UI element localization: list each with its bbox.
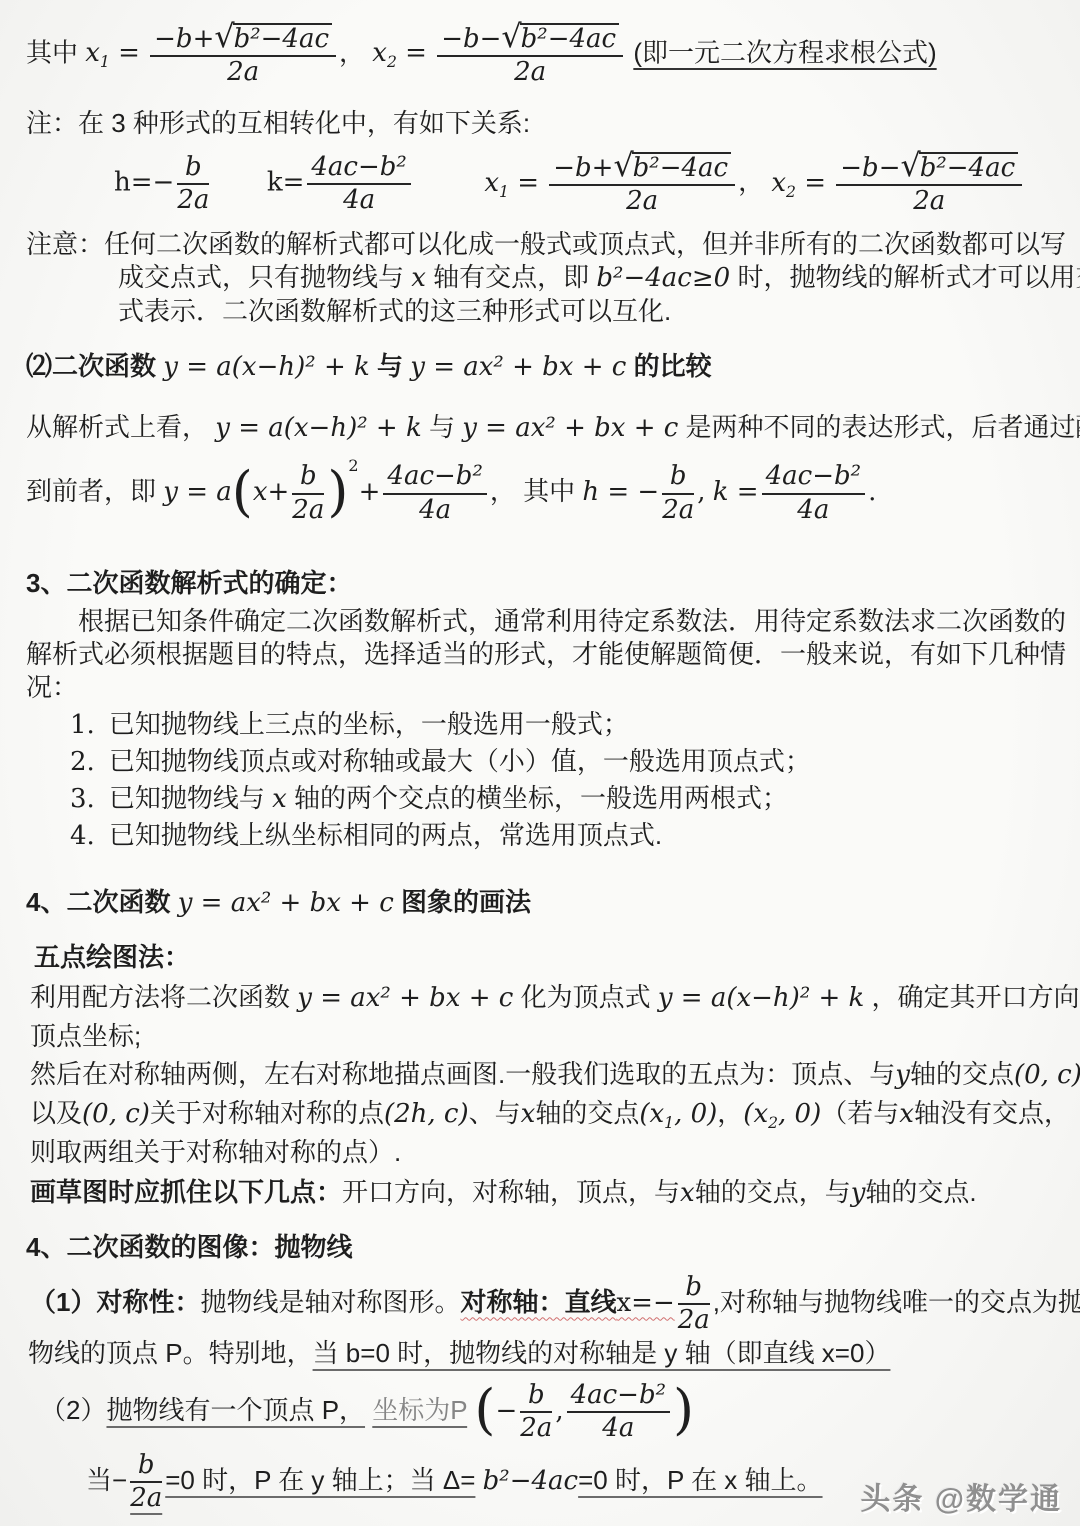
vertex-form-formula: y = a(x−h)² + k <box>215 413 421 443</box>
paragraph-line: 根据已知条件确定二次函数解析式，通常利用待定系数法．用待定系数法求二次函数的 <box>26 605 1056 638</box>
notice-text: 成交点式，只有抛物线与 <box>118 262 404 292</box>
y-equals-a: y = a <box>163 477 232 507</box>
body-text: 、与 <box>469 1098 521 1128</box>
body-text: 然后在对称轴两侧，左右对称地描点画图.一般我们选取的五点为：顶点、与 <box>30 1059 895 1089</box>
body-text: 物线的顶点 P。特别地， <box>28 1338 313 1368</box>
draw-step-1: 利用配方法将二次函数 y = ax² + bx + c 化为顶点式 y = a(… <box>26 979 1056 1016</box>
notice-line-2: 成交点式，只有抛物线与 x 轴有交点，即 b²−4ac≥0 时，抛物线的解析式才… <box>26 261 1056 295</box>
x2-symbol: x2 = <box>372 38 427 68</box>
heading-text: 与 <box>377 351 403 381</box>
x1-symbol: x1 = <box>85 38 140 68</box>
item-number: 1. <box>70 710 95 740</box>
body-text: 与 <box>429 412 455 442</box>
comma: ， <box>490 476 516 506</box>
vertex-form-formula: y = a(x−h)² + k <box>163 352 369 382</box>
item-number: 4. <box>70 821 95 851</box>
lead-text: 其中 <box>26 37 78 67</box>
radical-sign: √ <box>501 22 521 52</box>
notice-line-1: 注意：任何二次函数的解析式都可以化成一般式或顶点式，但并非所有的二次函数都可以写 <box>26 228 1056 261</box>
heading-text: 4、二次函数 <box>26 887 170 917</box>
denominator: 2a <box>437 57 623 87</box>
body-text: 轴的交点. <box>865 1177 976 1207</box>
body-text: 轴没有交点， <box>914 1098 1070 1128</box>
discriminant-condition: b²−4ac≥0 <box>596 263 730 293</box>
hk-relations-line: h=−b2a k=4ac−b²4a x1 = −b+√b²−4ac 2a ， x… <box>26 151 1056 216</box>
item-text: 轴的两个交点的横坐标，一般选用两根式； <box>294 783 788 813</box>
radicand: b²−4ac <box>520 23 619 54</box>
numerator-prefix: −b+ <box>154 24 214 54</box>
notice-paragraph: 注意：任何二次函数的解析式都可以化成一般式或顶点式，但并非所有的二次函数都可以写… <box>26 228 1056 328</box>
root-formula-note: (即一元二次方程求根公式) <box>633 37 936 67</box>
five-point-method-heading: 五点绘图法： <box>26 939 1056 975</box>
heading-text: 二次函数 <box>52 351 156 381</box>
vertex-line: （2）抛物线有一个顶点 P， 坐标为P (−b2a,4ac−b²4a) <box>26 1381 1056 1443</box>
body-text: （若与 <box>821 1098 899 1128</box>
x1-symbol: x1 = <box>484 168 539 198</box>
notice-text: 轴有交点，即 <box>433 262 589 292</box>
point-x1-0: (x1, 0) <box>639 1099 717 1129</box>
section4-image-heading: 4、二次函数的图像：抛物线 <box>26 1229 1056 1265</box>
item-text: 已知抛物线顶点或对称轴或最大（小）值，一般选用顶点式； <box>109 746 811 776</box>
var-y: y <box>895 1060 910 1090</box>
draw-step-2b: 以及(0, c)关于对称轴对称的点(2h, c)、与x轴的交点(x1, 0)，(… <box>26 1095 1056 1132</box>
item-text: 已知抛物线上三点的坐标，一般选用一般式； <box>109 709 629 739</box>
fraction-x1: −b+√b²−4ac 2a <box>549 151 735 216</box>
x2-symbol: x2 = <box>771 168 826 198</box>
radical-sign: √ <box>613 151 633 181</box>
section4-draw-heading: 4、二次函数 y = ax² + bx + c 图象的画法 <box>26 884 1056 921</box>
case-y-axis: =0 时，P 在 y 轴上；当 Δ= <box>165 1465 475 1495</box>
body-text: 抛物线是轴对称图形。 <box>200 1287 460 1317</box>
body-text: 化为顶点式 <box>521 982 651 1012</box>
fraction-b-2a: b2a <box>130 1451 162 1513</box>
general-form-formula: y = ax² + bx + c <box>462 413 678 443</box>
body-text: 轴的交点 <box>910 1059 1014 1089</box>
paragraph-line: 解析式必须根据题目的特点，选择适当的形式，才能使解题简便．一般来说，有如下几种情 <box>26 638 1056 671</box>
fraction-4ac-b2: 4ac−b²4a <box>383 462 486 524</box>
radical-sign: √ <box>900 151 920 181</box>
var-x: x <box>521 1099 536 1129</box>
item-number: 2. <box>70 747 95 777</box>
coordinates-label: 坐标为P <box>372 1395 467 1425</box>
comma: ， <box>738 167 764 197</box>
symmetry-line-2: 物线的顶点 P。特别地，当 b=0 时，抛物线的对称轴是 y 轴（即直线 x=0… <box>26 1335 1056 1371</box>
body-text: 轴的交点 <box>535 1098 639 1128</box>
completed-square-line: 到前者，即 y = a(x+b2a)2+4ac−b²4a， 其中 h = −b2… <box>26 462 1056 524</box>
h-equals: h=− <box>114 168 174 198</box>
section3-heading: 3、二次函数解析式的确定： <box>26 565 1056 601</box>
item-text: 已知抛物线与 <box>109 783 265 813</box>
body-text: 到前者，即 <box>26 476 156 506</box>
draw-step-2: 然后在对称轴两侧，左右对称地描点画图.一般我们选取的五点为：顶点、与y轴的交点(… <box>26 1056 1056 1093</box>
body-text: 轴的交点，与 <box>695 1177 851 1207</box>
comma: , <box>697 477 705 507</box>
comma: ， <box>339 37 365 67</box>
general-form-formula: y = ax² + bx + c <box>410 352 626 382</box>
exponent-2: 2 <box>348 456 358 475</box>
comparison-paragraph: 从解析式上看， y = a(x−h)² + k 与 y = ax² + bx +… <box>26 409 1056 446</box>
sqrt: √b²−4ac <box>501 22 619 54</box>
symmetry-line: （1）对称性：抛物线是轴对称图形。对称轴：直线x=−b2a,对称轴与抛物线唯一的… <box>26 1273 1056 1335</box>
minus-sign: − <box>495 1396 517 1426</box>
body-text: ，确定其开口方向、对称轴及 <box>872 982 1080 1012</box>
comma: , <box>555 1396 563 1426</box>
sqrt: √b²−4ac <box>613 151 731 183</box>
fraction-x2: −b−√b²−4ac 2a <box>437 22 623 87</box>
h-equals: h = − <box>582 477 659 507</box>
list-item: 4.已知抛物线上纵坐标相同的两点，常选用顶点式. <box>26 817 1056 854</box>
fraction-b-2a: b2a <box>520 1381 552 1443</box>
body-text: ， <box>717 1098 743 1128</box>
sqrt: √b²−4ac <box>900 151 1018 183</box>
notice-line-3: 式表示．二次函数解析式的这三种形式可以互化. <box>26 295 1056 328</box>
draw-step-1b: 顶点坐标; <box>26 1018 1056 1054</box>
case-x-axis: =0 时，P 在 x 轴上。 <box>578 1465 822 1495</box>
period: . <box>868 477 876 507</box>
fraction-k: 4ac−b²4a <box>307 153 410 215</box>
document-page: 其中 x1 = −b+√b²−4ac 2a ， x2 = −b−√b²−4ac … <box>0 0 1080 1526</box>
body-text: 当− <box>86 1465 127 1495</box>
fraction-b-2a: b2a <box>292 462 324 524</box>
watermark: 头条 @数学通 <box>860 1474 1062 1518</box>
cases-list: 1.已知抛物线上三点的坐标，一般选用一般式； 2.已知抛物线顶点或对称轴或最大（… <box>26 706 1056 854</box>
notice-text: 时，抛物线的解析式才可以用交点 <box>737 262 1080 292</box>
note-line: 注：在 3 种形式的互相转化中，有如下关系: <box>26 105 1056 141</box>
draw-step-2c: 则取两组关于对称轴对称的点）. <box>26 1134 1056 1170</box>
var-y: y <box>851 1178 866 1208</box>
general-form-formula: y = ax² + bx + c <box>297 983 513 1013</box>
fraction-h: b2a <box>177 153 209 215</box>
var-x: x <box>272 784 287 814</box>
sqrt: √b²−4ac <box>214 22 332 54</box>
fraction-x1: −b+√b²−4ac 2a <box>150 22 336 87</box>
fraction-b-2a: b2a <box>678 1273 710 1335</box>
sketch-tips-line: 画草图时应抓住以下几点：开口方向，对称轴，顶点，与x轴的交点，与y轴的交点. <box>26 1174 1056 1211</box>
body-text: 关于对称轴对称的点 <box>150 1098 384 1128</box>
point-0c: (0, c) <box>82 1099 150 1129</box>
fraction-x2: −b−√b²−4ac 2a <box>836 151 1022 216</box>
item-number: ⑵ <box>26 351 52 381</box>
var-x: x <box>411 263 426 293</box>
x-equals-minus: x=− <box>617 1288 675 1318</box>
var-x: x <box>680 1178 695 1208</box>
general-form-formula: y = ax² + bx + c <box>178 888 394 918</box>
point-2hc: (2h, c) <box>384 1099 469 1129</box>
comparison-heading: ⑵二次函数 y = a(x−h)² + k 与 y = ax² + bx + c… <box>26 348 1056 385</box>
formula-roots-line: 其中 x1 = −b+√b²−4ac 2a ， x2 = −b−√b²−4ac … <box>26 22 1056 87</box>
numerator-prefix: −b− <box>441 24 501 54</box>
section3-paragraph: 根据已知条件确定二次函数解析式，通常利用待定系数法．用待定系数法求二次函数的 解… <box>26 605 1056 704</box>
body-text: 从解析式上看， <box>26 412 208 442</box>
fraction-h: b2a <box>662 462 694 524</box>
k-equals: k= <box>267 168 305 198</box>
plus-sign: + <box>359 477 381 507</box>
notice-label: 注意： <box>26 229 104 259</box>
body-text: 是两种不同的表达形式，后者通过配方可以得 <box>686 412 1080 442</box>
list-item: 3.已知抛物线与 x 轴的两个交点的横坐标，一般选用两根式； <box>26 780 1056 817</box>
body-text: 利用配方法将二次函数 <box>30 982 290 1012</box>
vertex-text: 抛物线有一个顶点 P， <box>106 1395 365 1425</box>
point-0c: (0, c) <box>1014 1060 1080 1090</box>
denominator: 2a <box>150 57 336 87</box>
paragraph-line: 况： <box>26 671 1056 704</box>
axis-label: 对称轴：直线 <box>460 1287 616 1317</box>
body-text: 以及 <box>30 1098 82 1128</box>
var-x: x <box>899 1099 914 1129</box>
k-equals: k = <box>713 477 759 507</box>
item-number: 3. <box>70 784 95 814</box>
body-text: 其中 <box>523 476 575 506</box>
b-zero-note: 当 b=0 时，抛物线的对称轴是 y 轴（即直线 x=0） <box>313 1338 891 1368</box>
item-text: 已知抛物线上纵坐标相同的两点，常选用顶点式. <box>109 820 662 850</box>
body-text: 开口方向，对称轴，顶点，与 <box>342 1177 680 1207</box>
radicand: b²−4ac <box>233 23 332 54</box>
heading-text: 的比较 <box>634 351 712 381</box>
point-x2-0: (x2, 0) <box>743 1099 821 1129</box>
fraction-4ac-b2: 4ac−b²4a <box>567 1381 670 1443</box>
symmetry-label: （1）对称性： <box>30 1287 200 1317</box>
x-plus: x+ <box>253 477 289 507</box>
notice-text: 任何二次函数的解析式都可以化成一般式或顶点式，但并非所有的二次函数都可以写 <box>104 229 1066 259</box>
fraction-k: 4ac−b²4a <box>762 462 865 524</box>
list-item: 2.已知抛物线顶点或对称轴或最大（小）值，一般选用顶点式； <box>26 743 1056 780</box>
heading-text: 图象的画法 <box>401 887 531 917</box>
list-item: 1.已知抛物线上三点的坐标，一般选用一般式； <box>26 706 1056 743</box>
body-text: ,对称轴与抛物线唯一的交点为抛 <box>713 1287 1080 1317</box>
discriminant: b²−4ac <box>483 1466 578 1496</box>
sketch-tips-label: 画草图时应抓住以下几点： <box>30 1177 342 1207</box>
item-number: （2） <box>40 1395 106 1425</box>
radical-sign: √ <box>214 22 234 52</box>
vertex-form-formula: y = a(x−h)² + k <box>658 983 864 1013</box>
